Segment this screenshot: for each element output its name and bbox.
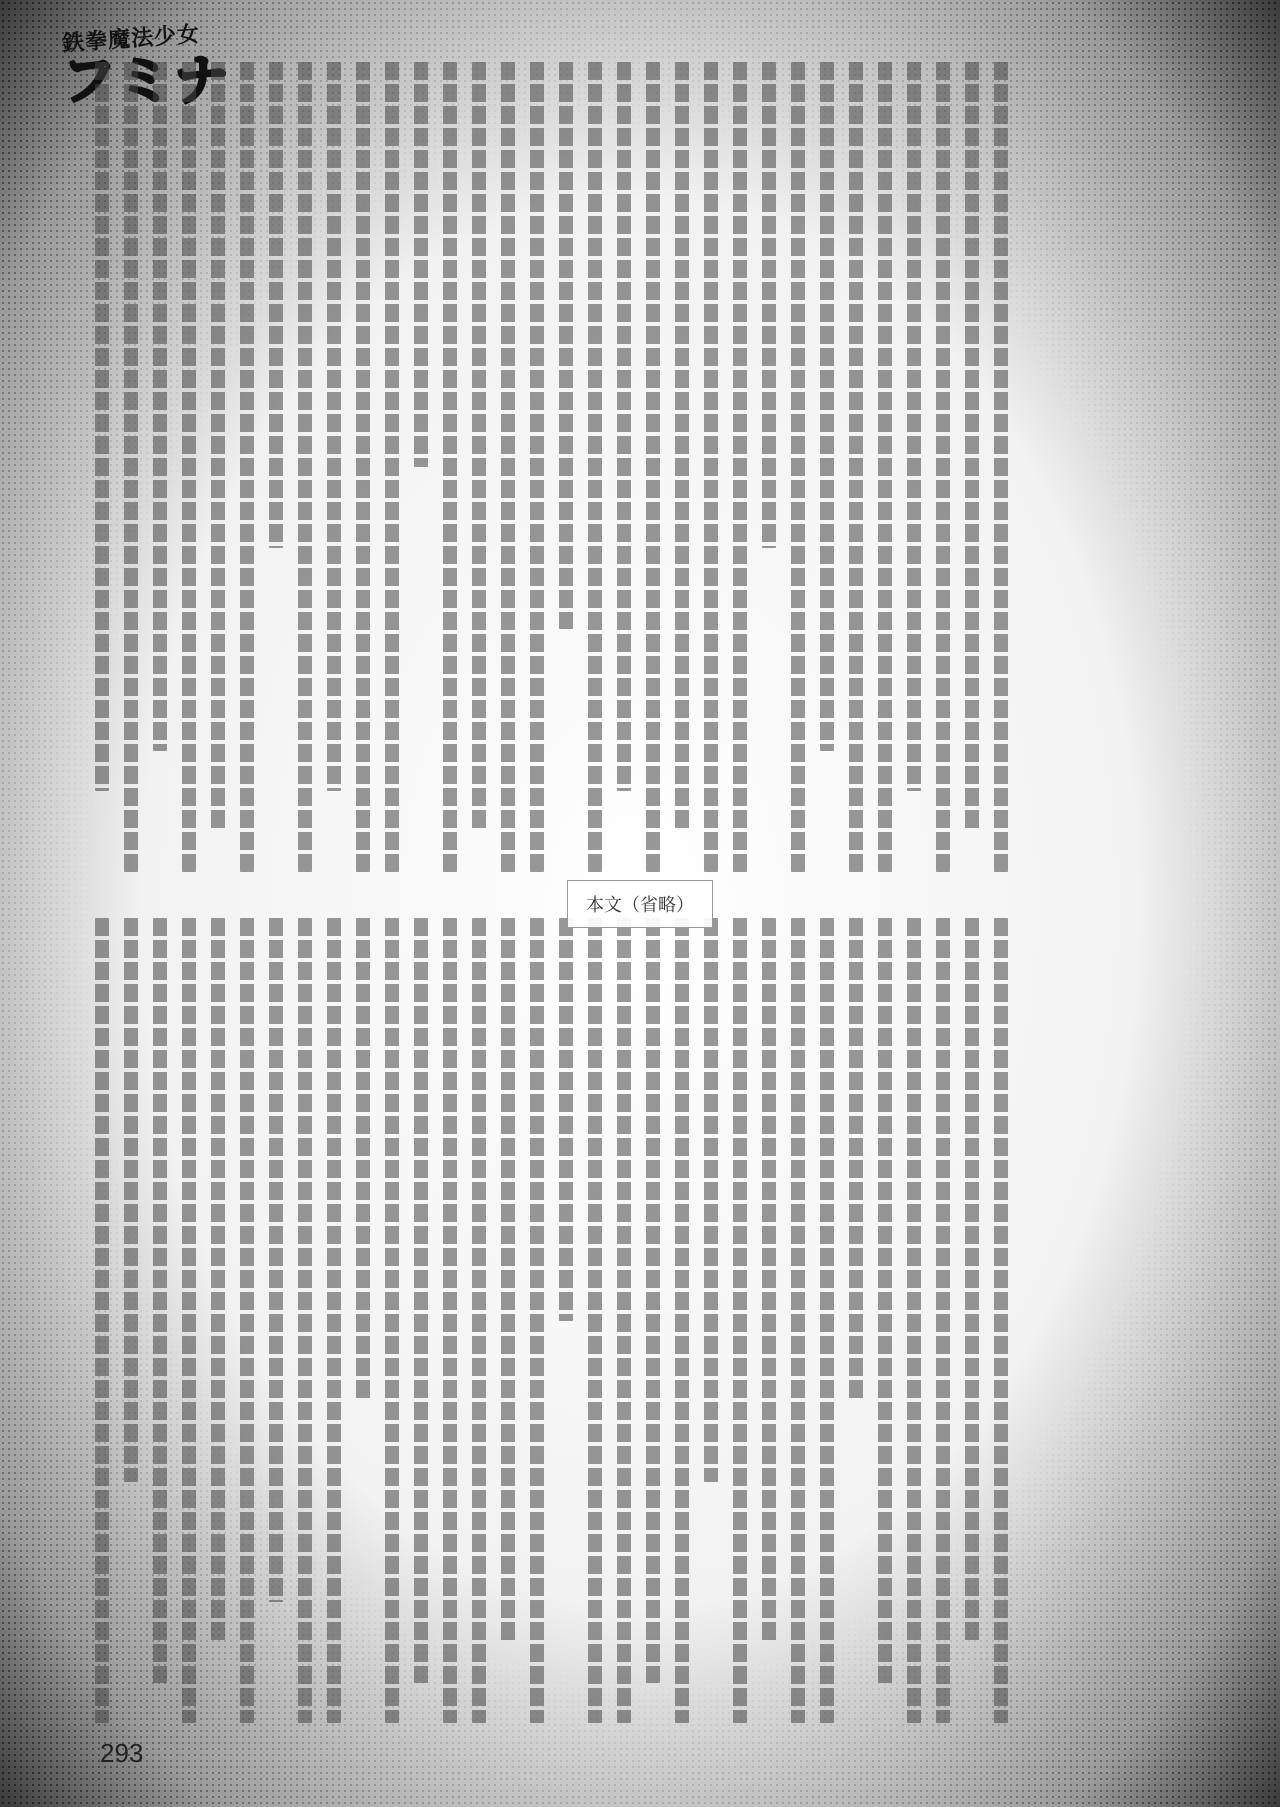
text-line-placeholder (675, 62, 689, 832)
text-column-placeholder (638, 62, 667, 872)
text-column-placeholder (928, 62, 957, 872)
text-column-placeholder (261, 918, 290, 1723)
text-line-placeholder (414, 62, 428, 467)
text-column-placeholder (464, 62, 493, 872)
text-line-placeholder (907, 918, 921, 1723)
text-line-placeholder (907, 62, 921, 791)
text-column-placeholder (899, 62, 928, 872)
text-column-placeholder (348, 918, 377, 1723)
text-column-placeholder (841, 62, 870, 872)
text-column-placeholder (232, 62, 261, 872)
text-column-placeholder (580, 62, 609, 872)
text-column-placeholder (841, 918, 870, 1723)
text-line-placeholder (182, 62, 196, 872)
text-line-placeholder (182, 918, 196, 1723)
text-line-placeholder (559, 62, 573, 629)
text-line-placeholder (733, 918, 747, 1723)
text-column-placeholder (435, 918, 464, 1723)
text-column-placeholder (522, 62, 551, 872)
text-line-placeholder (501, 918, 515, 1643)
text-column-placeholder (899, 918, 928, 1723)
text-column-placeholder (116, 918, 145, 1723)
text-column-placeholder (551, 918, 580, 1723)
text-column-placeholder (145, 62, 174, 872)
text-line-placeholder (124, 918, 138, 1482)
text-column-placeholder (667, 918, 696, 1723)
text-line-placeholder (385, 918, 399, 1723)
text-line-placeholder (936, 62, 950, 872)
text-column-placeholder (290, 918, 319, 1723)
text-line-placeholder (443, 62, 457, 872)
text-column-placeholder (87, 918, 116, 1723)
text-line-placeholder (791, 918, 805, 1723)
text-tier-upper (87, 62, 1015, 872)
text-line-placeholder (95, 62, 109, 791)
text-column-placeholder (696, 62, 725, 872)
text-column-placeholder (232, 918, 261, 1723)
text-line-placeholder (472, 918, 486, 1723)
text-line-placeholder (356, 62, 370, 872)
text-column-placeholder (783, 62, 812, 872)
text-column-placeholder (696, 918, 725, 1723)
text-column-placeholder (638, 918, 667, 1723)
text-line-placeholder (936, 918, 950, 1723)
text-column-placeholder (406, 62, 435, 872)
text-line-placeholder (269, 918, 283, 1602)
text-column-placeholder (377, 918, 406, 1723)
text-column-placeholder (870, 918, 899, 1723)
text-column-placeholder (145, 918, 174, 1723)
text-line-placeholder (617, 918, 631, 1723)
text-line-placeholder (327, 918, 341, 1723)
text-line-placeholder (617, 62, 631, 791)
text-column-placeholder (928, 918, 957, 1723)
text-line-placeholder (588, 918, 602, 1723)
text-column-placeholder (116, 62, 145, 872)
text-column-placeholder (754, 62, 783, 872)
text-line-placeholder (240, 62, 254, 872)
text-line-placeholder (994, 918, 1008, 1723)
text-column-placeholder (493, 918, 522, 1723)
text-column-placeholder (667, 62, 696, 872)
text-tier-lower (87, 918, 1015, 1723)
text-column-placeholder (377, 62, 406, 872)
text-line-placeholder (588, 62, 602, 872)
text-line-placeholder (704, 62, 718, 872)
text-column-placeholder (725, 918, 754, 1723)
content-omitted-note: 本文（省略） (567, 880, 713, 928)
text-line-placeholder (994, 62, 1008, 872)
text-column-placeholder (261, 62, 290, 872)
text-column-placeholder (957, 918, 986, 1723)
text-line-placeholder (820, 62, 834, 751)
text-line-placeholder (240, 918, 254, 1723)
text-line-placeholder (791, 62, 805, 872)
text-line-placeholder (646, 62, 660, 872)
text-line-placeholder (124, 62, 138, 872)
page-number: 293 (100, 1738, 143, 1769)
text-line-placeholder (965, 918, 979, 1643)
text-column-placeholder (319, 62, 348, 872)
text-column-placeholder (870, 62, 899, 872)
text-line-placeholder (356, 918, 370, 1401)
text-column-placeholder (522, 918, 551, 1723)
text-line-placeholder (327, 62, 341, 791)
text-line-placeholder (878, 918, 892, 1683)
text-line-placeholder (530, 918, 544, 1723)
text-line-placeholder (675, 918, 689, 1723)
text-column-placeholder (290, 62, 319, 872)
text-column-placeholder (957, 62, 986, 872)
text-line-placeholder (849, 918, 863, 1401)
text-line-placeholder (501, 62, 515, 872)
text-line-placeholder (704, 918, 718, 1482)
text-column-placeholder (609, 918, 638, 1723)
text-column-placeholder (783, 918, 812, 1723)
text-line-placeholder (530, 62, 544, 872)
text-column-placeholder (754, 918, 783, 1723)
text-column-placeholder (87, 62, 116, 872)
text-line-placeholder (559, 918, 573, 1321)
text-line-placeholder (733, 62, 747, 872)
text-column-placeholder (203, 918, 232, 1723)
text-line-placeholder (153, 918, 167, 1683)
text-line-placeholder (269, 62, 283, 548)
text-column-placeholder (435, 62, 464, 872)
text-column-placeholder (812, 918, 841, 1723)
text-line-placeholder (414, 918, 428, 1683)
text-column-placeholder (174, 918, 203, 1723)
text-column-placeholder (812, 62, 841, 872)
text-line-placeholder (443, 918, 457, 1723)
text-line-placeholder (762, 918, 776, 1643)
text-column-placeholder (580, 918, 609, 1723)
text-line-placeholder (211, 62, 225, 832)
text-column-placeholder (464, 918, 493, 1723)
text-line-placeholder (849, 62, 863, 872)
text-line-placeholder (646, 918, 660, 1683)
text-line-placeholder (153, 62, 167, 751)
text-line-placeholder (965, 62, 979, 832)
text-column-placeholder (725, 62, 754, 872)
text-column-placeholder (986, 918, 1015, 1723)
text-column-placeholder (406, 918, 435, 1723)
text-column-placeholder (493, 62, 522, 872)
text-column-placeholder (986, 62, 1015, 872)
text-line-placeholder (298, 62, 312, 872)
text-line-placeholder (211, 918, 225, 1643)
text-column-placeholder (203, 62, 232, 872)
text-column-placeholder (551, 62, 580, 872)
text-line-placeholder (878, 62, 892, 872)
text-line-placeholder (385, 62, 399, 872)
text-line-placeholder (95, 918, 109, 1723)
text-line-placeholder (298, 918, 312, 1723)
text-line-placeholder (472, 62, 486, 832)
text-line-placeholder (762, 62, 776, 548)
text-column-placeholder (319, 918, 348, 1723)
text-line-placeholder (820, 918, 834, 1723)
text-column-placeholder (174, 62, 203, 872)
text-column-placeholder (609, 62, 638, 872)
text-column-placeholder (348, 62, 377, 872)
